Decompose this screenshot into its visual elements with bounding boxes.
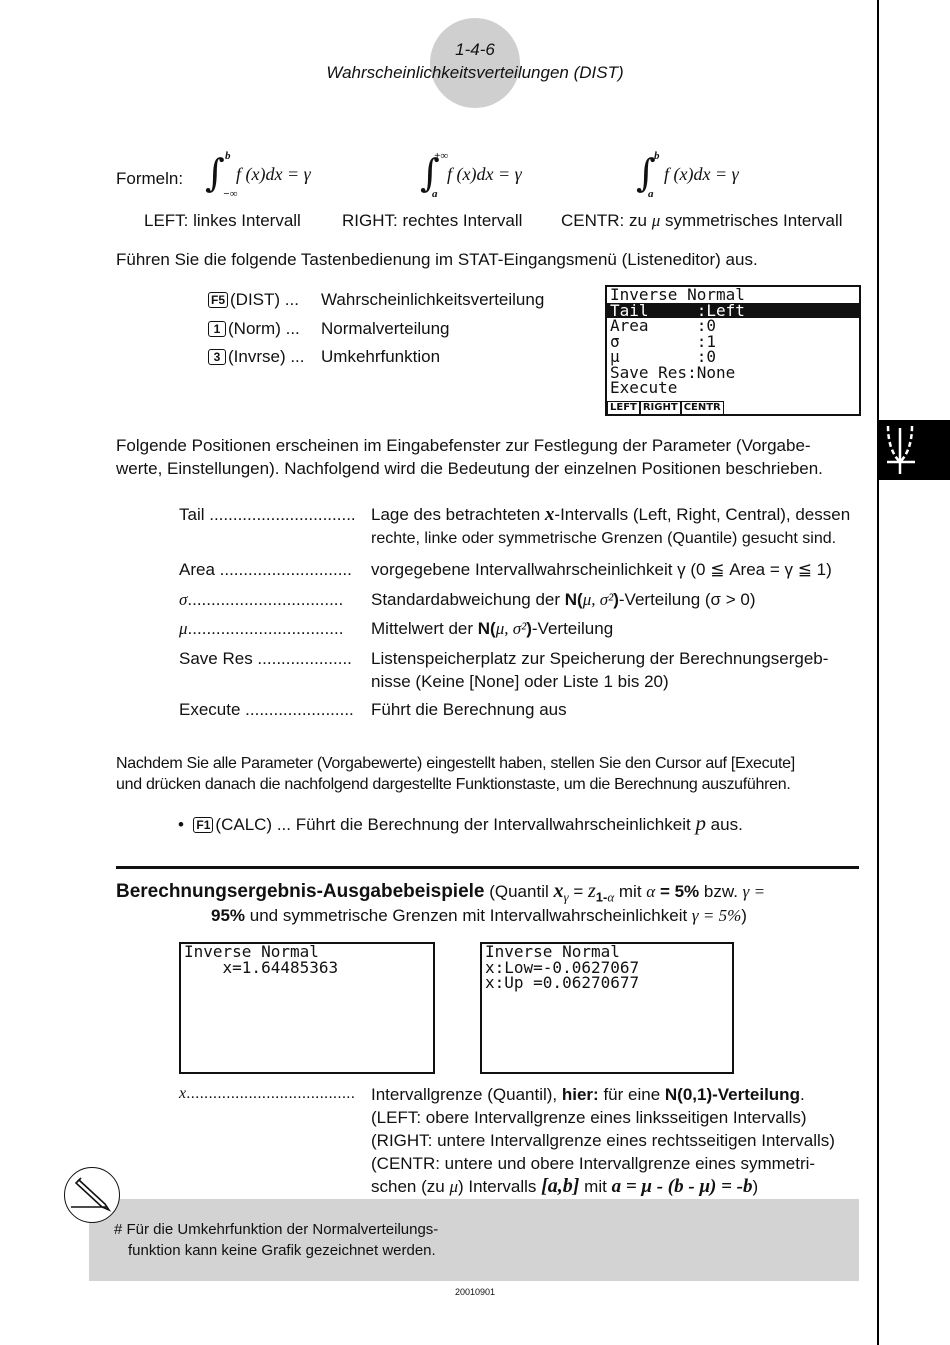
instruction-text: Führen Sie die folgende Tastenbedienung … — [116, 250, 758, 270]
param-name-tail: Tail ............................... — [179, 505, 356, 525]
key-step-norm-desc: Normalverteilung — [321, 319, 450, 339]
screen-line: x:Up =0.06270677 — [482, 975, 732, 991]
fkey-left: LEFT — [607, 401, 640, 414]
integrand: f (x)dx = γ — [664, 164, 739, 185]
integrand: f (x)dx = γ — [447, 164, 522, 185]
formula-left: ∫ b −∞ f (x)dx = γ — [205, 150, 345, 205]
key-step-invrse: 3(Invrse) ... — [208, 347, 305, 367]
positions-intro-line2: werte, Einstellungen). Nachfolgend wird … — [116, 459, 823, 479]
integral-sign: ∫ — [636, 154, 656, 192]
lower-limit: −∞ — [223, 188, 238, 200]
formula-centr: ∫ b a f (x)dx = γ — [636, 150, 776, 205]
page-number: 1-4-6 — [0, 40, 950, 60]
integral-sign: ∫ — [205, 154, 225, 192]
execute-intro-line1: Nachdem Sie alle Parameter (Vorgabewerte… — [116, 755, 795, 773]
distribution-icon — [879, 420, 950, 480]
examples-heading: Berechnungsergebnis-Ausgabebeispiele — [116, 881, 485, 902]
chapter-thumb-tab — [879, 420, 950, 480]
result-screen-centr: Inverse Normal x:Low=-0.0627067 x:Up =0.… — [480, 942, 734, 1074]
key-step-norm: 1(Norm) ... — [208, 319, 300, 339]
integrand: f (x)dx = γ — [236, 164, 311, 185]
footer-code: 20010901 — [0, 1287, 950, 1297]
note-line2: funktion kann keine Grafik gezeichnet we… — [128, 1242, 436, 1259]
key-step-invrse-desc: Umkehrfunktion — [321, 347, 440, 367]
param-desc-area: vorgegebene Intervallwahrscheinlichkeit … — [371, 558, 866, 581]
param-desc-save-res: Listenspeicherplatz zur Speicherung der … — [371, 647, 866, 693]
positions-intro-line1: Folgende Positionen erscheinen im Eingab… — [116, 436, 811, 456]
key-step-dist: F5(DIST) ... — [208, 290, 299, 310]
caption-centr: CENTR: zu μ symmetrisches Intervall — [561, 211, 843, 231]
calc-step: • F1(CALC) ... Führt die Berechnung der … — [178, 811, 743, 836]
formulas-label: Formeln: — [116, 169, 183, 189]
f1-key-icon: F1 — [193, 817, 213, 833]
fkey-right: RIGHT — [640, 401, 681, 414]
examples-heading-line2: 95% und symmetrische Grenzen mit Interva… — [211, 906, 747, 926]
param-name-area: Area ............................ — [179, 560, 352, 580]
formula-right: ∫ +∞ a f (x)dx = γ — [420, 150, 560, 205]
lower-limit: a — [648, 188, 654, 200]
result-desc-x: Intervallgrenze (Quantil), hier: für ein… — [371, 1083, 871, 1198]
upper-limit: b — [225, 150, 231, 162]
result-name-x: x...................................... — [179, 1085, 355, 1103]
f5-key-icon: F5 — [208, 292, 228, 308]
screen-line: x=1.64485363 — [181, 960, 433, 976]
param-name-save-res: Save Res .................... — [179, 649, 352, 669]
note-pencil-icon — [64, 1167, 120, 1223]
page-title: Wahrscheinlichkeitsverteilungen (DIST) — [0, 63, 950, 83]
calculator-input-screen: Inverse Normal Tail :Left Area :0 σ :1 μ… — [605, 285, 861, 416]
examples-heading-line1: Berechnungsergebnis-Ausgabebeispiele (Qu… — [116, 880, 765, 905]
execute-intro-line2: und drücken danach die nachfolgend darge… — [116, 776, 791, 794]
key-1-icon: 1 — [208, 321, 226, 337]
param-desc-tail: Lage des betrachteten x-Intervalls (Left… — [371, 503, 866, 550]
fkey-centr: CENTR — [681, 401, 724, 414]
screen-row-execute: Execute — [607, 380, 859, 396]
param-desc-mu: Mittelwert der N(μ, σ²)-Verteilung — [371, 617, 866, 640]
caption-right: RIGHT: rechtes Intervall — [342, 211, 522, 231]
key-step-dist-desc: Wahrscheinlichkeitsverteilung — [321, 290, 544, 310]
section-divider — [116, 866, 859, 869]
upper-limit: b — [654, 150, 660, 162]
key-3-icon: 3 — [208, 349, 226, 365]
upper-limit: +∞ — [434, 150, 448, 162]
note-box — [89, 1199, 859, 1281]
function-key-bar: LEFT RIGHT CENTR — [607, 401, 724, 414]
result-screen-left: Inverse Normal x=1.64485363 — [179, 942, 435, 1074]
param-name-execute: Execute ....................... — [179, 700, 354, 720]
note-line1: # Für die Umkehrfunktion der Normalverte… — [114, 1221, 438, 1238]
param-name-sigma: σ................................. — [179, 590, 343, 610]
caption-left: LEFT: linkes Intervall — [144, 211, 301, 231]
lower-limit: a — [432, 188, 438, 200]
param-name-mu: μ................................. — [179, 619, 343, 639]
param-desc-sigma: Standardabweichung der N(μ, σ²)-Verteilu… — [371, 588, 866, 611]
param-desc-execute: Führt die Berechnung aus — [371, 698, 866, 721]
margin-line — [877, 0, 879, 1345]
